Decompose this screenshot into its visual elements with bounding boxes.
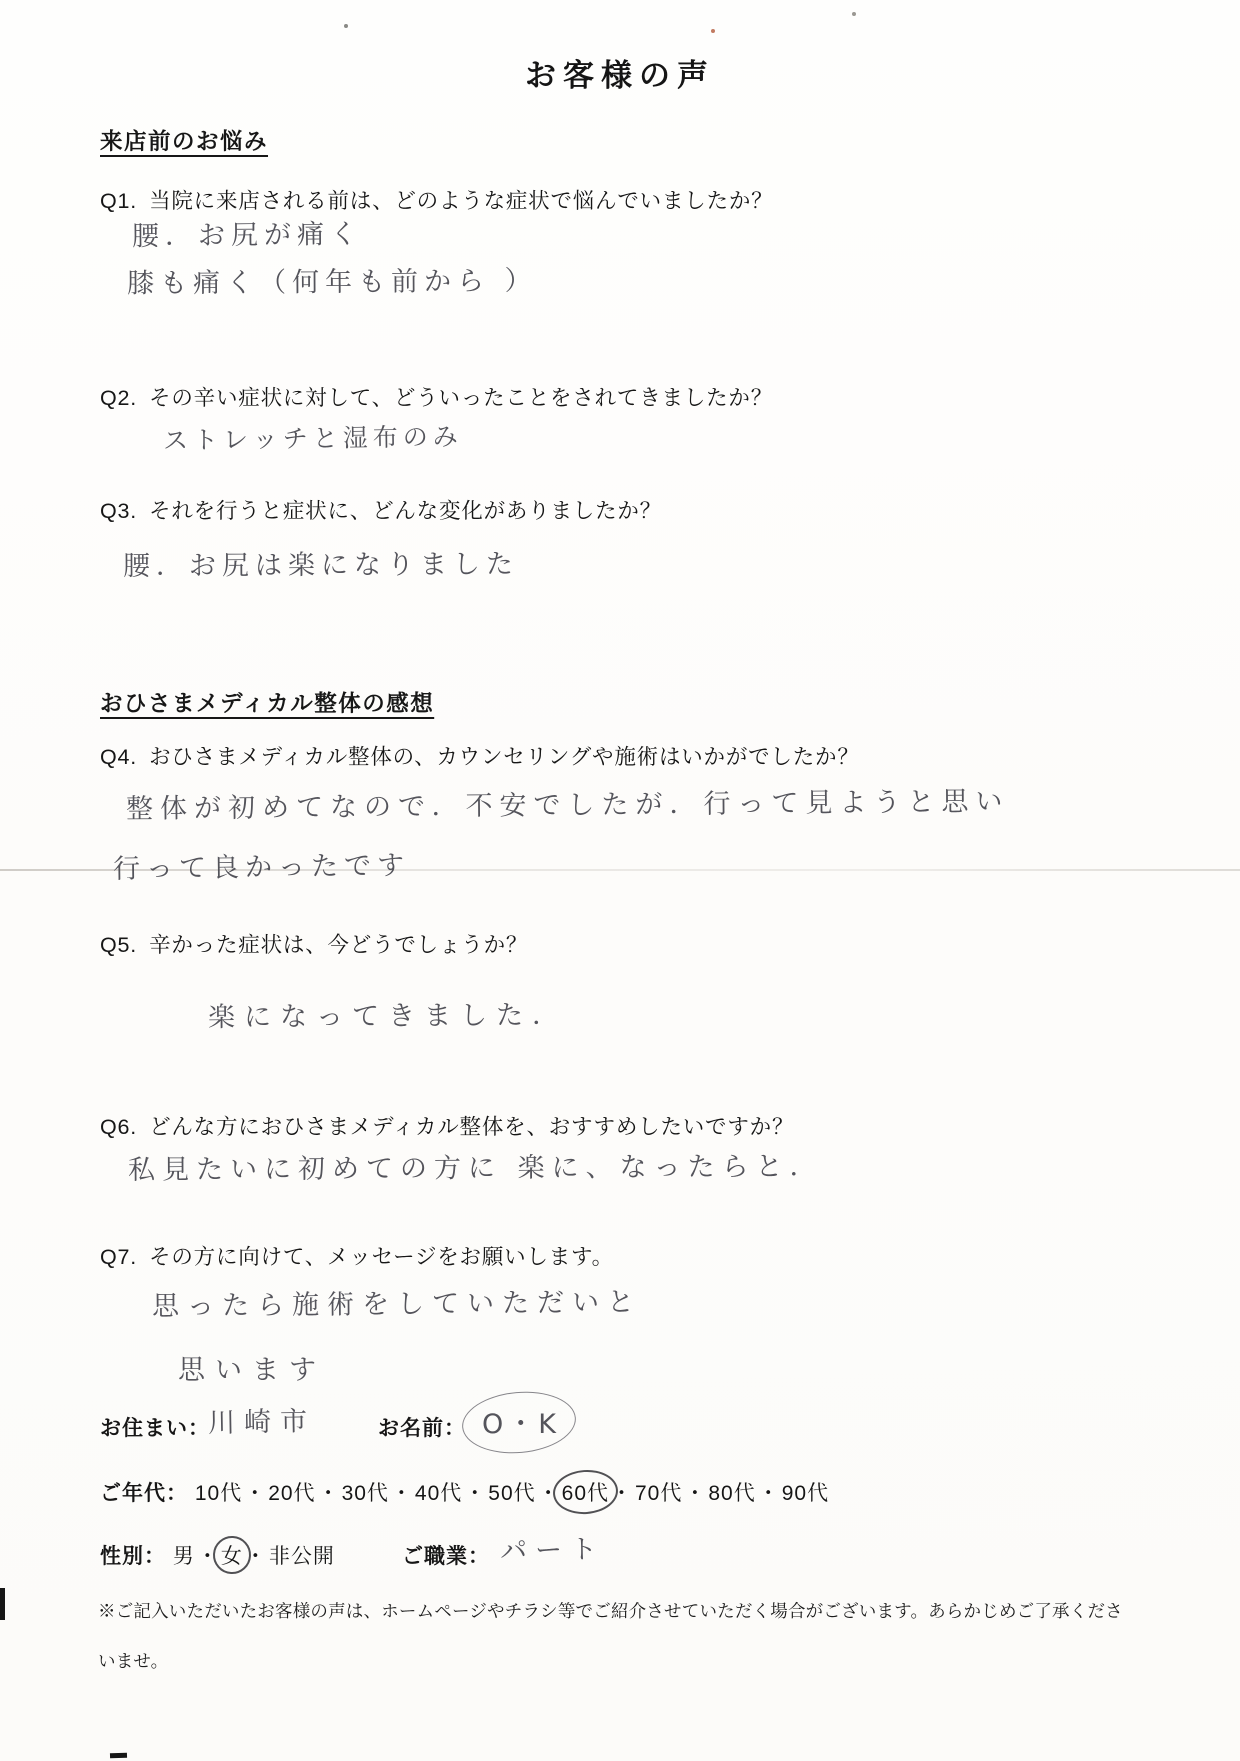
residence-label: お住まい： [100, 1412, 210, 1442]
question-q2-text: その辛い症状に対して、どういったことをされてきましたか？ [149, 386, 773, 410]
q4-answer-line-1: 整体が初めてなので．不安でしたが．行って見ようと思い [126, 779, 1010, 826]
scan-edge-mark [0, 1588, 5, 1620]
question-q5-text: 辛かった症状は、今どうでしょうか？ [149, 933, 528, 957]
section-heading-impression: おひさまメディカル整体の感想 [100, 686, 434, 718]
age-separator: ・ [242, 1482, 268, 1505]
age-label: ご年代： [100, 1482, 188, 1505]
question-q1-text: 当院に来店される前は、どのような症状で悩んでいましたか？ [149, 189, 773, 213]
q5-answer-line-1: 楽になってきました． [208, 993, 568, 1035]
gender-option-male: 男 [173, 1545, 195, 1568]
scanned-feedback-form: お客様の声 来店前のお悩み Q1.当院に来店される前は、どのような症状で悩んでい… [0, 0, 1240, 1761]
q4-answer-line-2: 行って良かったです [113, 843, 410, 886]
question-q1: Q1.当院に来店される前は、どのような症状で悩んでいましたか？ [100, 184, 773, 215]
name-value-handwritten: O・K [482, 1402, 560, 1441]
age-option-80s: 80代 [708, 1482, 755, 1505]
age-option-10s: 10代 [195, 1482, 242, 1505]
q7-answer-line-1: 思ったら施術をしていただいと [152, 1280, 642, 1323]
scan-speck [711, 29, 715, 33]
q2-answer-line-1: ストレッチと湿布のみ [163, 417, 463, 457]
q3-answer-line-1: 腰．お尻は楽になりました [123, 542, 519, 583]
age-option-40s: 40代 [415, 1482, 462, 1505]
age-separator: ・ [389, 1482, 415, 1505]
question-q3: Q3.それを行うと症状に、どんな変化がありましたか？ [100, 494, 662, 525]
age-option-30s: 30代 [342, 1482, 389, 1505]
question-q6-text: どんな方におひさまメディカル整体を、おすすめしたいですか？ [149, 1115, 794, 1139]
age-option-90s: 90代 [782, 1482, 829, 1505]
question-q2-number: Q2. [100, 386, 137, 410]
gender-row: 性別： 男・女・非公開 [100, 1540, 335, 1570]
gender-label: 性別： [100, 1545, 166, 1568]
question-q7-number: Q7. [100, 1245, 137, 1269]
age-separator: ・ [756, 1482, 782, 1505]
question-q6-number: Q6. [100, 1115, 137, 1139]
age-separator: ・ [682, 1482, 708, 1505]
q7-answer-line-2: 思います [178, 1348, 326, 1387]
q1-answer-line-1: 腰．お尻が痛く [132, 212, 363, 253]
job-label: ご職業： [402, 1540, 490, 1570]
question-q7-text: その方に向けて、メッセージをお願いします。 [149, 1245, 614, 1269]
name-label: お名前： [378, 1412, 466, 1442]
question-q3-number: Q3. [100, 499, 137, 523]
scan-speck [852, 12, 856, 16]
residence-value-handwritten: 川崎市 [208, 1399, 317, 1440]
scan-speck [344, 24, 348, 28]
age-separator: ・ [462, 1482, 488, 1505]
age-option-70s: 70代 [635, 1482, 682, 1505]
job-value-handwritten: パート [500, 1527, 606, 1568]
q1-answer-line-2: 膝も痛く（何年も前から ） [127, 259, 538, 301]
question-q4-number: Q4. [100, 745, 137, 769]
age-separator: ・ [316, 1482, 342, 1505]
footnote-line-2: いませ。 [98, 1648, 168, 1673]
age-option-20s: 20代 [268, 1482, 315, 1505]
gender-option-private: 非公開 [269, 1545, 335, 1568]
question-q1-number: Q1. [100, 189, 137, 213]
age-row: ご年代： 10代・20代・30代・40代・50代・60代・70代・80代・90代 [100, 1477, 829, 1507]
question-q2: Q2.その辛い症状に対して、どういったことをされてきましたか？ [100, 381, 773, 412]
gender-option-female-selected-circle: 女 [221, 1540, 243, 1570]
age-option-60s-selected-circle: 60代 [562, 1477, 609, 1507]
question-q4: Q4.おひさまメディカル整体の、カウンセリングや施術はいかがでしたか？ [100, 740, 860, 771]
age-option-50s: 50代 [488, 1482, 535, 1505]
question-q4-text: おひさまメディカル整体の、カウンセリングや施術はいかがでしたか？ [149, 745, 860, 769]
question-q7: Q7.その方に向けて、メッセージをお願いします。 [100, 1240, 614, 1271]
scan-edge-mark [110, 1753, 127, 1759]
question-q5: Q5.辛かった症状は、今どうでしょうか？ [100, 928, 528, 959]
footnote-line-1: ※ご記入いただいたお客様の声は、ホームページやチラシ等でご紹介させていただく場合… [98, 1598, 1123, 1623]
question-q5-number: Q5. [100, 933, 137, 957]
section-heading-before-visit: 来店前のお悩み [100, 124, 268, 156]
question-q3-text: それを行うと症状に、どんな変化がありましたか？ [149, 499, 662, 523]
question-q6: Q6.どんな方におひさまメディカル整体を、おすすめしたいですか？ [100, 1110, 794, 1141]
name-circle-mark: O・K [482, 1402, 560, 1441]
page-title: お客様の声 [0, 50, 1240, 95]
q6-answer-line-1: 私見たいに初めての方に 楽に、なったらと． [128, 1144, 824, 1187]
